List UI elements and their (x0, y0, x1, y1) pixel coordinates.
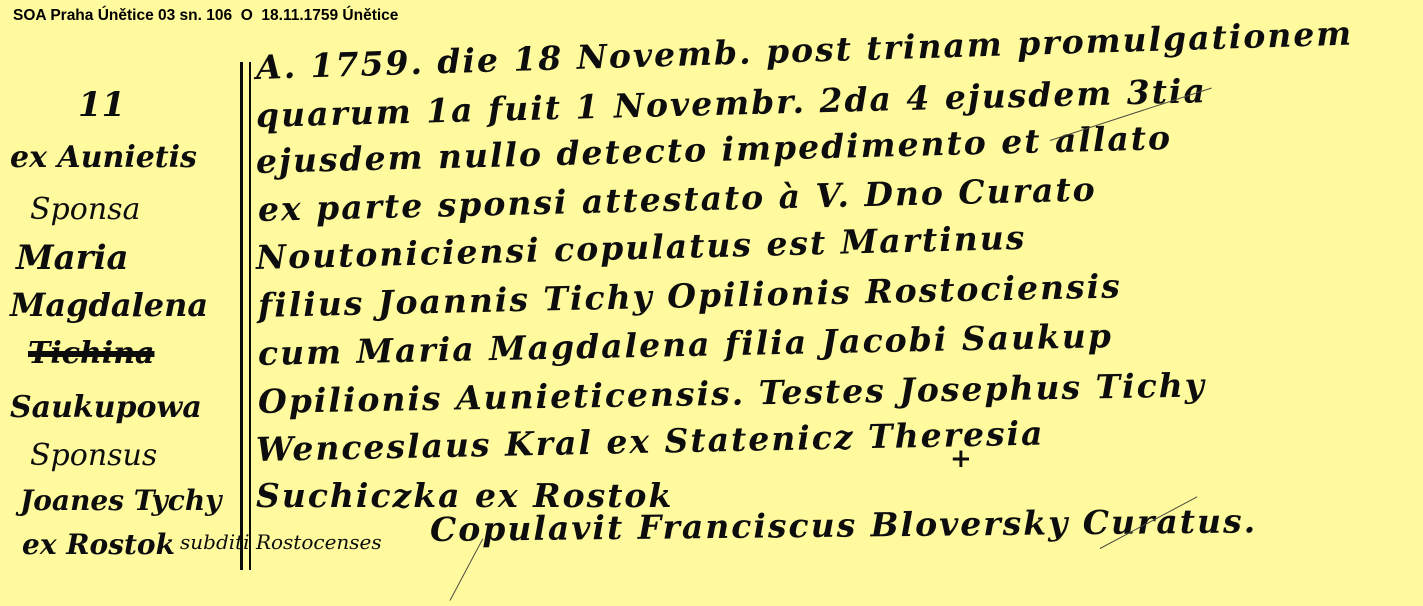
entry-line-6: filius Joannis Tichy Opilionis Rostocien… (258, 266, 1123, 325)
margin-note-bride-first-name: Maria (16, 238, 129, 278)
margin-note-groom-origin: ex Rostok (22, 528, 175, 561)
entry-line-8: Opilionis Aunieticensis. Testes Josephus… (258, 365, 1207, 421)
margin-note-struck-surname: Tichina (28, 336, 154, 371)
margin-note-bride-surname: Saukupowa (10, 390, 202, 425)
margin-note-sponsa-label: Sponsa (30, 192, 140, 227)
manuscript-page: 11 ex Aunietis Sponsa Maria Magdalena Ti… (0, 40, 1423, 606)
witness-cross-mark: + (950, 444, 972, 474)
margin-rule-line (240, 62, 243, 570)
entry-line-7: cum Maria Magdalena filia Jacobi Saukup (258, 316, 1114, 373)
entry-signature-line: Copulavit Franciscus Bloversky Curatus. (430, 501, 1257, 549)
margin-number: 11 (78, 85, 125, 125)
margin-note-sponsus-label: Sponsus (30, 438, 157, 473)
entry-line-5: Noutoniciensi copulatus est Martinus (255, 218, 1026, 277)
document-caption: SOA Praha Únětice 03 sn. 106 O 18.11.175… (13, 7, 398, 25)
margin-note-bride-second-name: Magdalena (10, 286, 208, 324)
marginal-continuation: subditi Rostocenses (180, 530, 382, 554)
margin-note-groom-name: Joanes Tychy (20, 484, 221, 517)
margin-note-origin: ex Aunietis (10, 140, 197, 175)
entry-line-9: Wenceslaus Kral ex Statenicz Theresia (256, 413, 1045, 469)
margin-rule-line-inner (249, 62, 251, 570)
